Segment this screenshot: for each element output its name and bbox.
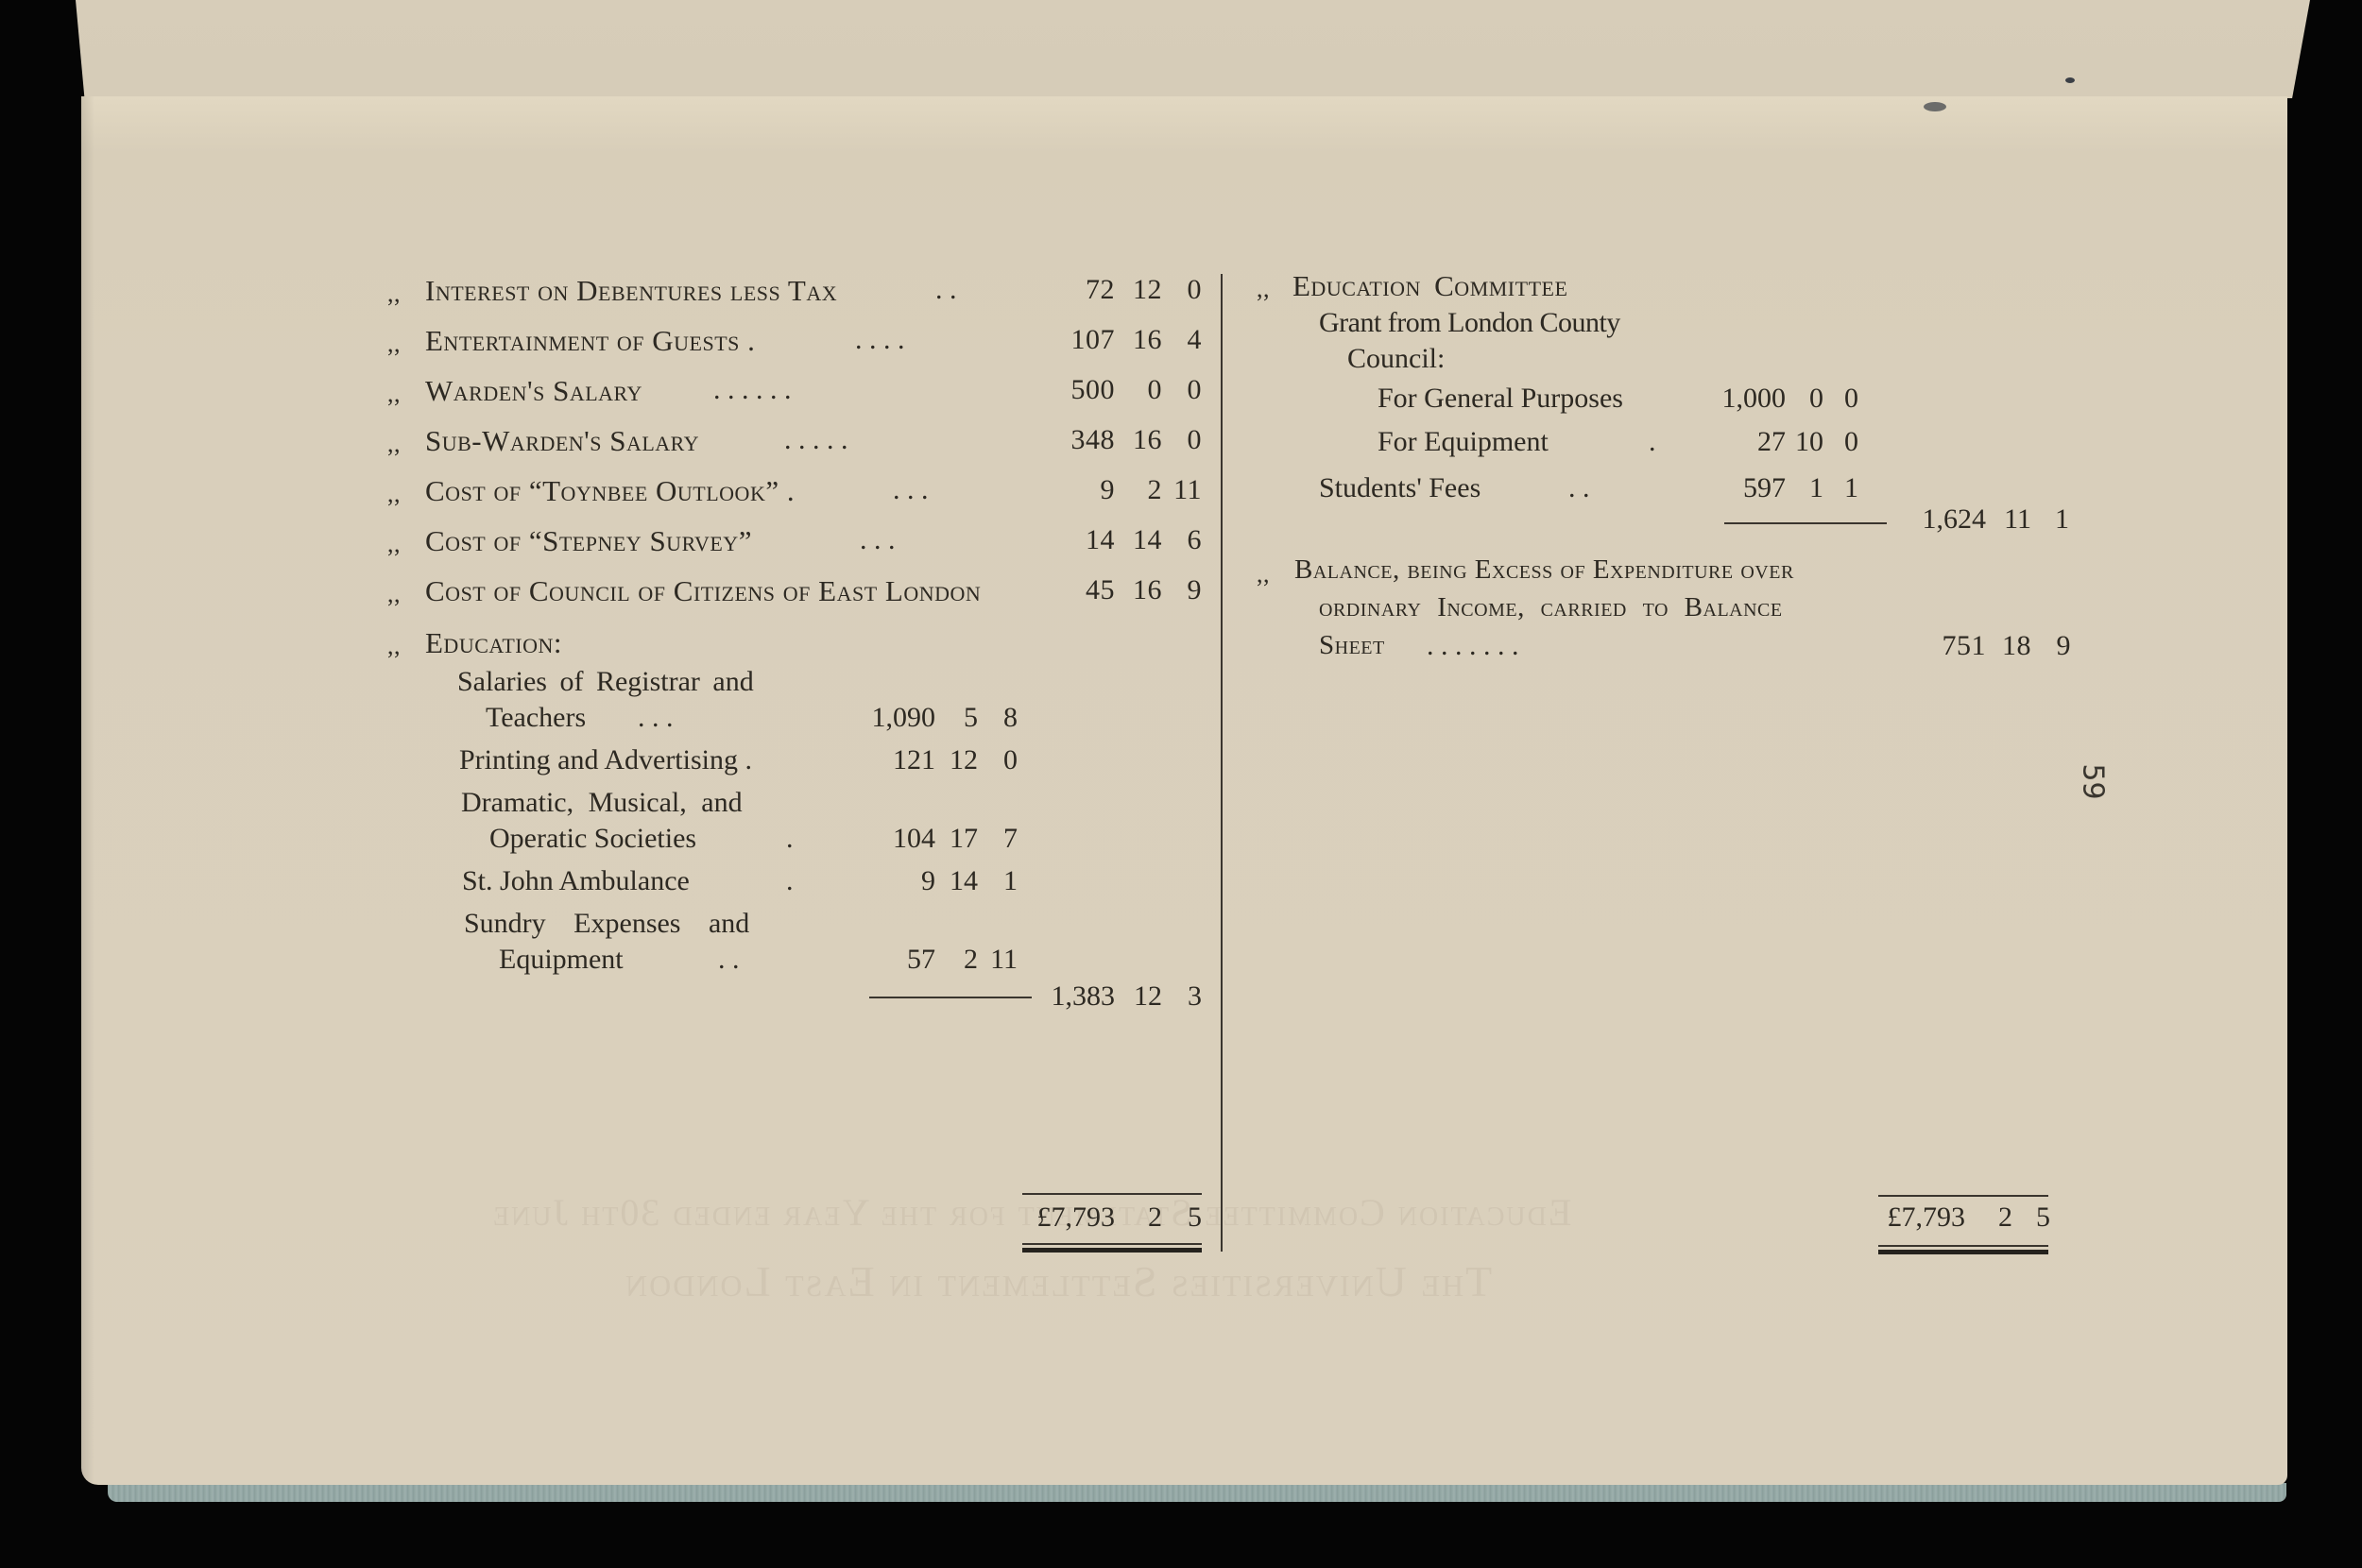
paper-blemish: [2065, 77, 2075, 83]
ditto-mark: ,,: [1257, 275, 1270, 303]
amount-pence: 5: [1172, 1202, 1202, 1234]
amount-shillings: 17: [945, 823, 978, 855]
sub-item-label: Operatic Societies: [489, 823, 696, 855]
amount-pounds: £7,793: [1020, 1202, 1115, 1234]
amount-pounds: 104: [850, 823, 935, 855]
amount-pounds: 597: [1691, 472, 1786, 504]
ditto-mark: ,,: [387, 530, 401, 558]
dot-leaders: . . . . . . .: [1427, 630, 1519, 662]
dot-leaders: . . . .: [855, 324, 905, 356]
amount-shillings: 10: [1793, 426, 1823, 458]
sub-item-label: Dramatic, Musical, and: [461, 787, 743, 819]
dot-leaders: . . . . .: [784, 424, 848, 456]
dot-leaders: . . .: [860, 524, 896, 556]
total-rule-top: [1022, 1193, 1202, 1195]
page-number: 59: [2077, 763, 2110, 799]
subtotal-rule: [869, 997, 1032, 998]
dot-leaders: . . .: [893, 474, 929, 506]
column-divider: [1221, 274, 1223, 1252]
amount-pounds: 1,000: [1691, 383, 1786, 415]
amount-pence: 0: [1172, 274, 1202, 306]
dot-leaders: .: [1649, 426, 1656, 458]
ditto-mark: ,,: [387, 280, 401, 308]
amount-pounds: 500: [1039, 374, 1115, 406]
total-rule-double: [1878, 1245, 2048, 1247]
item-label: Interest on Debentures less Tax: [425, 274, 837, 308]
amount-pounds: 1,624: [1899, 503, 1986, 536]
amount-pence: 9: [2041, 630, 2071, 662]
item-label: Cost of Council of Citizens of East Lond…: [425, 574, 981, 608]
amount-pence: 9: [1172, 574, 1202, 606]
amount-pence: 6: [1172, 524, 1202, 556]
amount-shillings: 2: [1975, 1202, 2012, 1234]
amount-pence: 3: [1172, 980, 1202, 1013]
amount-pounds: 9: [1039, 474, 1115, 506]
amount-pounds: £7,793: [1871, 1202, 1965, 1234]
sub-item-label: Sundry Expenses and: [464, 908, 749, 940]
total-rule-top: [1878, 1195, 2048, 1197]
amount-shillings: 16: [1124, 574, 1162, 606]
total-rule-double: [1878, 1250, 2048, 1254]
item-label: Sheet: [1319, 630, 1385, 661]
ditto-mark: ,,: [387, 330, 401, 358]
item-label: Sub-Warden's Salary: [425, 424, 699, 458]
amount-shillings: 18: [1994, 630, 2031, 662]
amount-pounds: 1,383: [1039, 980, 1115, 1013]
item-label: Entertainment of Guests .: [425, 324, 755, 358]
amount-shillings: 1: [1793, 472, 1823, 504]
total-rule-double: [1022, 1243, 1202, 1245]
amount-pounds: 348: [1039, 424, 1115, 456]
amount-shillings: 2: [1124, 474, 1162, 506]
amount-pounds: 27: [1691, 426, 1786, 458]
sub-item-label: Printing and Advertising .: [459, 744, 752, 776]
amount-shillings: 11: [1994, 503, 2031, 536]
amount-pence: 4: [1172, 324, 1202, 356]
item-label: Cost of “Toynbee Outlook” .: [425, 474, 795, 508]
amount-pounds: 14: [1039, 524, 1115, 556]
amount-shillings: 2: [945, 944, 978, 976]
bleed-through-text: The Universities Settlement in East Lond…: [624, 1256, 1492, 1306]
amount-shillings: 5: [945, 702, 978, 734]
previous-page-edge: [76, 0, 2310, 98]
amount-shillings: 2: [1124, 1202, 1162, 1234]
dot-leaders: . .: [718, 944, 740, 976]
amount-pence: 7: [987, 823, 1018, 855]
amount-pounds: 121: [850, 744, 935, 776]
amount-shillings: 0: [1124, 374, 1162, 406]
amount-pounds: 9: [850, 865, 935, 897]
amount-shillings: 16: [1124, 324, 1162, 356]
amount-pence: 0: [1828, 383, 1858, 415]
sub-item-label: Equipment: [499, 944, 624, 976]
item-label: Balance, being Excess of Expenditure ove…: [1294, 554, 1794, 586]
ditto-mark: ,,: [1257, 560, 1270, 588]
sub-item-label: Council:: [1347, 343, 1445, 375]
amount-pounds: 751: [1899, 630, 1986, 662]
sub-item-label: Grant from London County: [1319, 307, 1620, 339]
ditto-mark: ,,: [387, 632, 401, 660]
sub-item-label: For Equipment: [1378, 426, 1549, 458]
dot-leaders: . . .: [638, 702, 674, 734]
ditto-mark: ,,: [387, 580, 401, 608]
amount-pence: 0: [1828, 426, 1858, 458]
ditto-mark: ,,: [387, 380, 401, 408]
item-label: Cost of “Stepney Survey”: [425, 524, 752, 558]
amount-shillings: 14: [945, 865, 978, 897]
amount-pence: 1: [987, 865, 1018, 897]
amount-pence: 0: [1172, 374, 1202, 406]
amount-pence: 1: [1828, 472, 1858, 504]
total-rule-double: [1022, 1248, 1202, 1253]
amount-shillings: 12: [1124, 980, 1162, 1013]
sub-item-label: Salaries of Registrar and: [457, 666, 754, 698]
amount-shillings: 12: [945, 744, 978, 776]
amount-pounds: 45: [1039, 574, 1115, 606]
ditto-mark: ,,: [387, 430, 401, 458]
book-cover-edge: [108, 1483, 2286, 1502]
amount-pounds: 72: [1039, 274, 1115, 306]
subtotal-rule: [1724, 522, 1887, 524]
section-heading: Education:: [425, 626, 562, 660]
item-label: Warden's Salary: [425, 374, 642, 408]
amount-pounds: 107: [1039, 324, 1115, 356]
dot-leaders: . .: [935, 274, 957, 306]
amount-shillings: 16: [1124, 424, 1162, 456]
amount-pence: 5: [2020, 1202, 2050, 1234]
amount-pounds: 1,090: [850, 702, 935, 734]
amount-pounds: 57: [850, 944, 935, 976]
dot-leaders: . .: [1568, 472, 1590, 504]
amount-pence: 0: [1172, 424, 1202, 456]
amount-pence: 0: [987, 744, 1018, 776]
dot-leaders: . . . . . .: [713, 374, 792, 406]
sub-item-label: Students' Fees: [1319, 472, 1481, 504]
sub-item-label: St. John Ambulance: [462, 865, 690, 897]
amount-pence: 11: [1172, 474, 1202, 506]
paper-blemish: [1924, 102, 1946, 111]
item-label: ordinary Income, carried to Balance: [1319, 592, 1783, 623]
dot-leaders: .: [786, 823, 794, 855]
sub-item-label: Teachers: [486, 702, 586, 734]
section-heading: Education Committee: [1292, 269, 1567, 303]
amount-shillings: 0: [1793, 383, 1823, 415]
amount-pence: 1: [2043, 503, 2069, 536]
sub-item-label: For General Purposes: [1378, 383, 1623, 415]
amount-shillings: 14: [1124, 524, 1162, 556]
dot-leaders: .: [786, 865, 794, 897]
ditto-mark: ,,: [387, 480, 401, 508]
amount-pence: 11: [987, 944, 1018, 976]
amount-pence: 8: [987, 702, 1018, 734]
amount-shillings: 12: [1124, 274, 1162, 306]
page-shadow: [81, 96, 94, 1485]
